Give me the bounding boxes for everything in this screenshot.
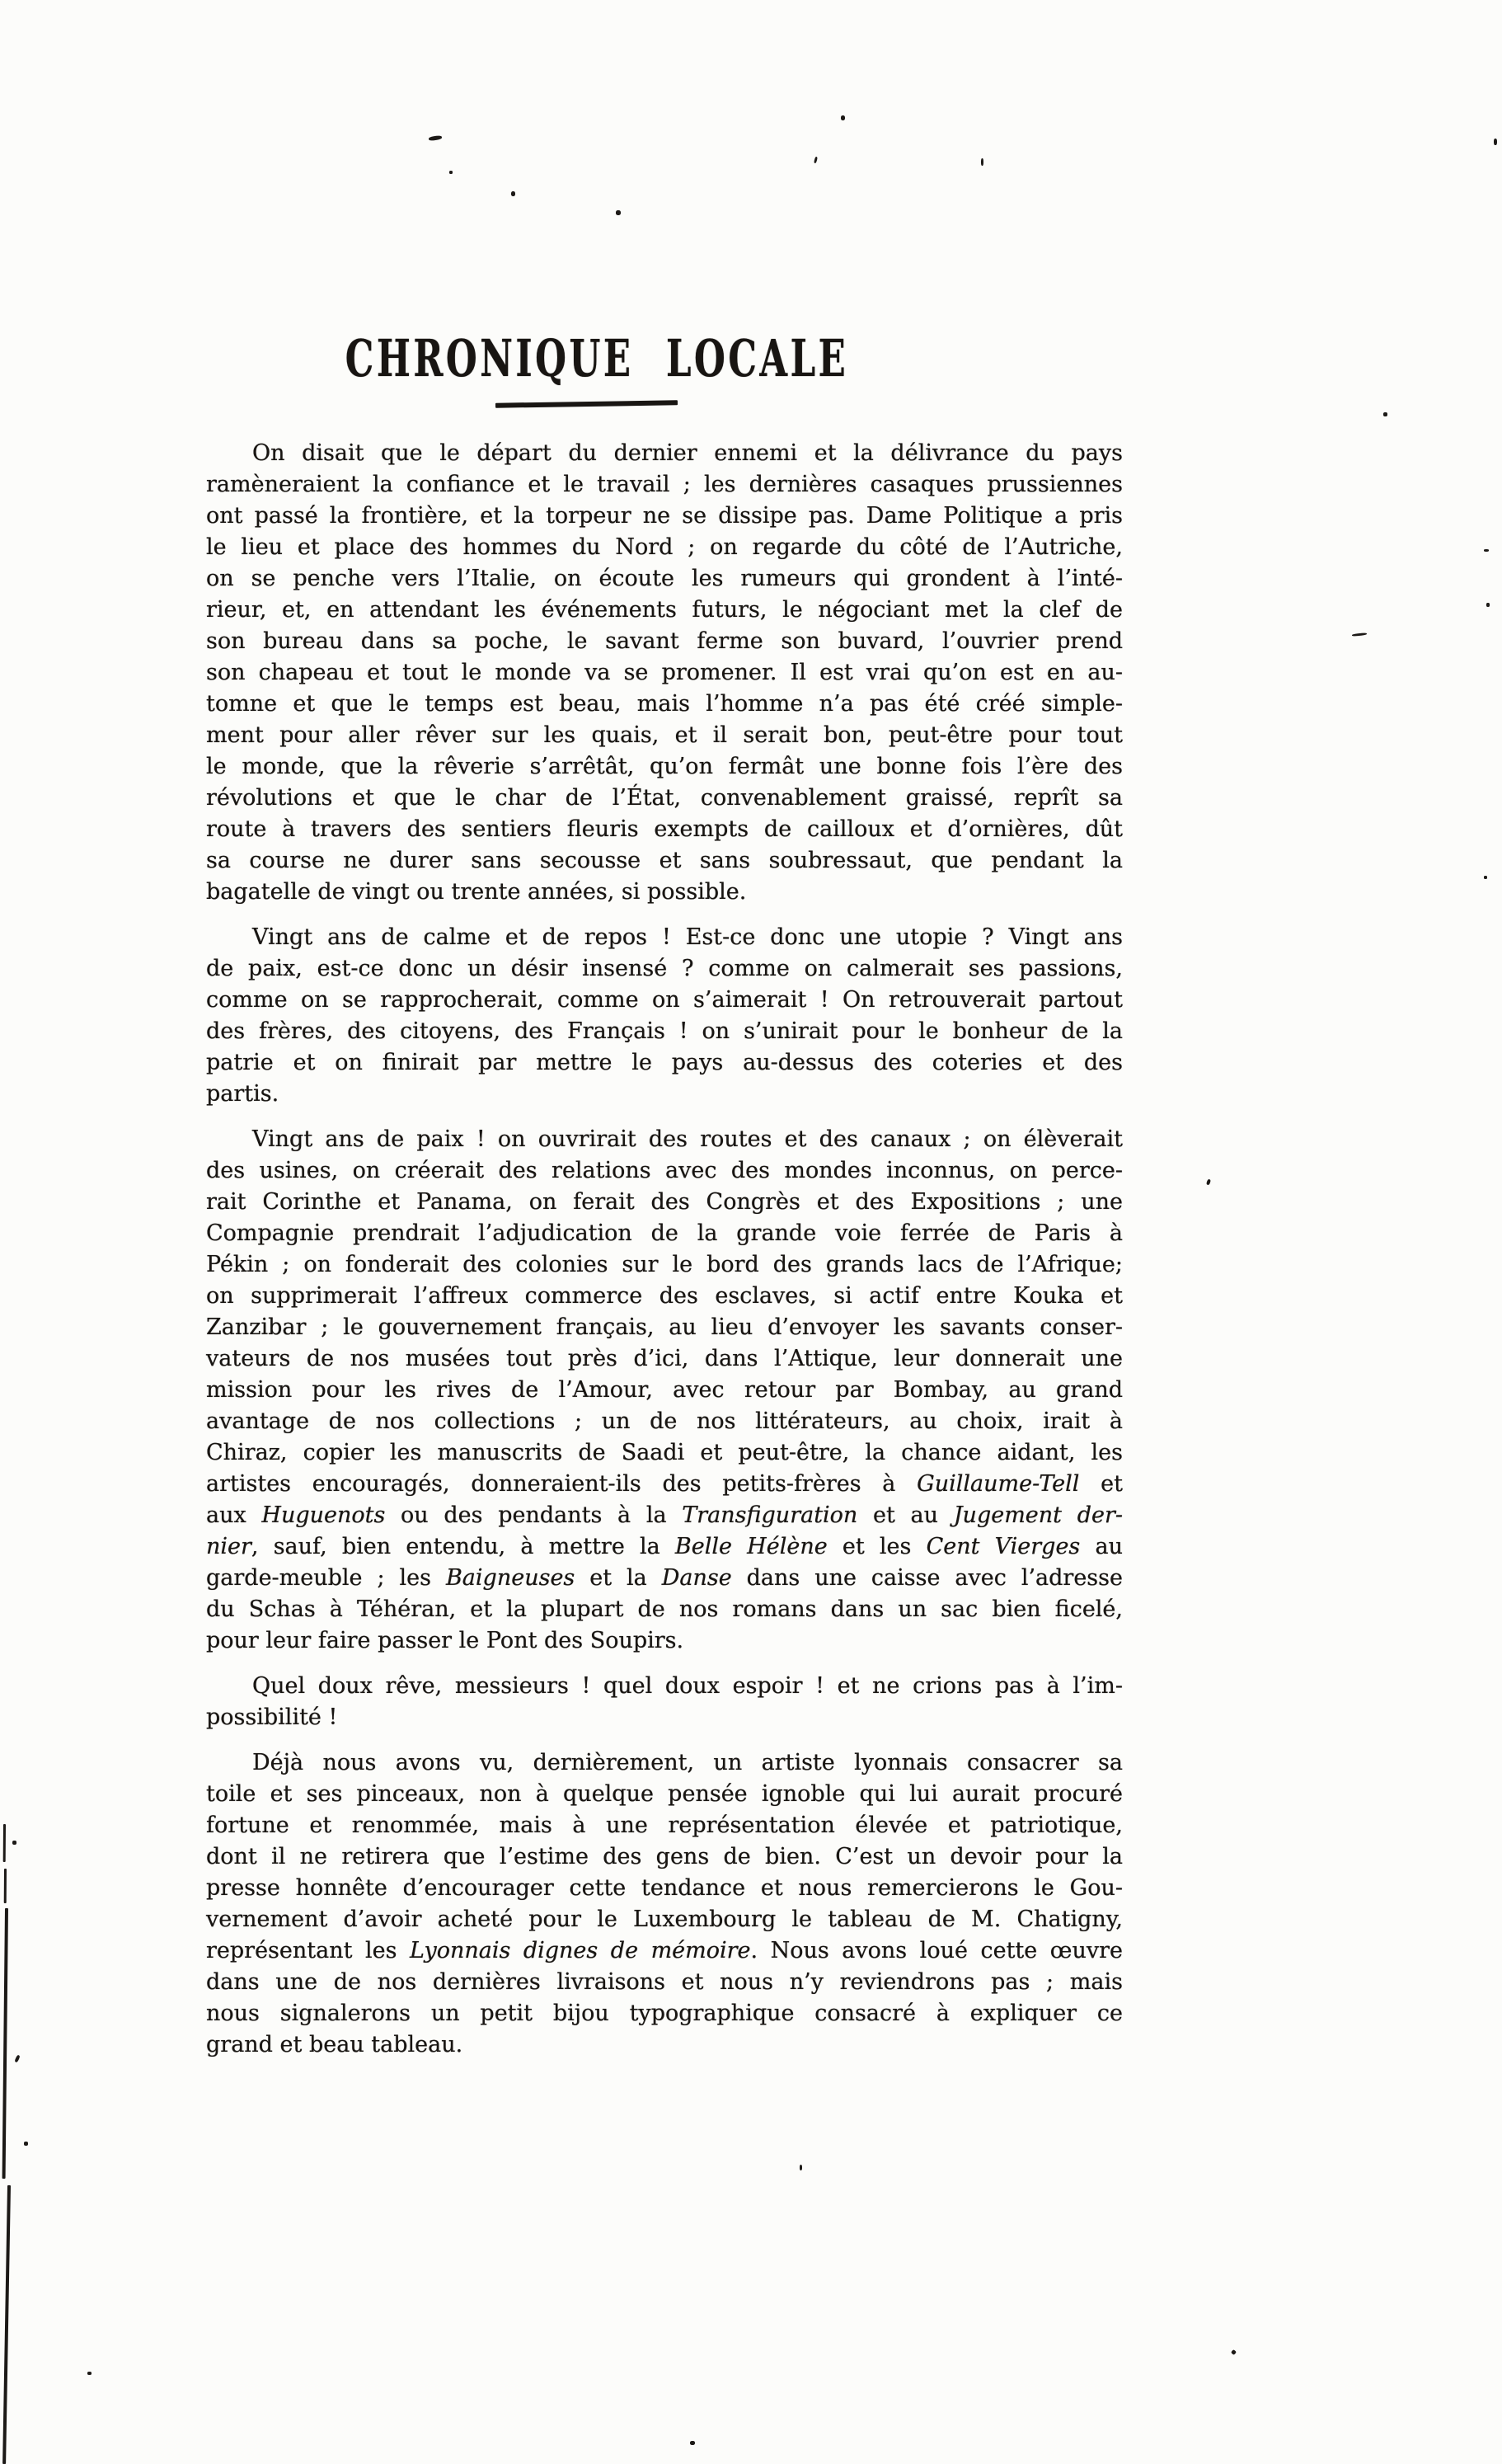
text-line: presse honnête d’encourager cette tendan… — [206, 1873, 1123, 1904]
text-line: des frères, des citoyens, des Français !… — [206, 1016, 1123, 1047]
scan-speck — [87, 2372, 92, 2375]
text-line: son chapeau et tout le monde va se prome… — [206, 657, 1123, 689]
scan-speck — [14, 2055, 20, 2063]
text-line: toile et ses pinceaux, non à quelque pen… — [206, 1779, 1123, 1810]
text-line: comme on se rapprocherait, comme on s’ai… — [206, 985, 1123, 1016]
text-line: route à travers des sentiers fleuris exe… — [206, 814, 1123, 845]
scan-speck — [814, 157, 818, 164]
text-line: de paix, est-ce donc un désir insensé ? … — [206, 953, 1123, 985]
scan-edge-artifact — [3, 1824, 6, 1862]
text-line: possibilité ! — [206, 1702, 1123, 1733]
scan-speck — [690, 2441, 695, 2445]
scan-speck — [511, 191, 515, 196]
text-line: Pékin ; on fonderait des colonies sur le… — [206, 1249, 1123, 1281]
scan-speck — [800, 2165, 802, 2170]
scan-edge-artifact — [4, 1869, 7, 1903]
paragraph: On disait que le départ du dernier ennem… — [206, 438, 1123, 908]
text-line: On disait que le départ du dernier ennem… — [206, 438, 1123, 469]
text-line: ramèneraient la confiance et le travail … — [206, 469, 1123, 501]
text-line: du Schas à Téhéran, et la plupart de nos… — [206, 1594, 1123, 1625]
scan-speck — [12, 1841, 16, 1845]
text-line: des usines, on créerait des relations av… — [206, 1155, 1123, 1187]
text-line: fortune et renommée, mais à une représen… — [206, 1810, 1123, 1841]
text-line: patrie et on finirait par mettre le pays… — [206, 1047, 1123, 1079]
text-line: le lieu et place des hommes du Nord ; on… — [206, 532, 1123, 563]
scan-speck — [1484, 876, 1487, 879]
text-line: rait Corinthe et Panama, on ferait des C… — [206, 1187, 1123, 1218]
scan-speck — [1494, 139, 1497, 145]
scan-speck — [24, 2142, 28, 2146]
scan-speck — [1484, 549, 1489, 552]
scan-speck — [1383, 412, 1387, 416]
text-line: le monde, que la rêverie s’arrêtât, qu’o… — [206, 751, 1123, 783]
text-line: vateurs de nos musées tout près d’ici, d… — [206, 1343, 1123, 1375]
text-line: pour leur faire passer le Pont des Soupi… — [206, 1625, 1123, 1657]
article-header: CHRONIQUE LOCALE — [138, 333, 1055, 384]
article-body: On disait que le départ du dernier ennem… — [206, 438, 1123, 2075]
text-line: artistes encouragés, donneraient-ils des… — [206, 1469, 1123, 1500]
text-line: Zanzibar ; le gouvernement français, au … — [206, 1312, 1123, 1343]
text-line: mission pour les rives de l’Amour, avec … — [206, 1375, 1123, 1406]
text-line: représentant les Lyonnais dignes de mémo… — [206, 1935, 1123, 1967]
paragraph: Vingt ans de paix ! on ouvrirait des rou… — [206, 1124, 1123, 1657]
text-line: dont il ne retirera que l’estime des gen… — [206, 1841, 1123, 1873]
scanned-page: CHRONIQUE LOCALE On disait que le départ… — [0, 0, 1502, 2464]
text-line: Déjà nous avons vu, dernièrement, un art… — [206, 1747, 1123, 1779]
text-line: son bureau dans sa poche, le savant ferm… — [206, 626, 1123, 657]
text-line: on supprimerait l’affreux commerce des e… — [206, 1281, 1123, 1312]
text-line: grand et beau tableau. — [206, 2029, 1123, 2061]
paragraph: Quel doux rêve, messieurs ! quel doux es… — [206, 1671, 1123, 1733]
text-line: nier, sauf, bien entendu, à mettre la Be… — [206, 1531, 1123, 1563]
scan-edge-artifact — [2, 2185, 11, 2464]
text-line: révolutions et que le char de l’État, co… — [206, 783, 1123, 814]
text-line: on se penche vers l’Italie, on écoute le… — [206, 563, 1123, 595]
page-title: CHRONIQUE LOCALE — [345, 333, 848, 384]
text-line: Compagnie prendrait l’adjudication de la… — [206, 1218, 1123, 1249]
text-line: garde-meuble ; les Baigneuses et la Dans… — [206, 1563, 1123, 1594]
scan-speck — [429, 135, 443, 141]
scan-speck — [841, 115, 845, 120]
paragraph: Déjà nous avons vu, dernièrement, un art… — [206, 1747, 1123, 2061]
text-line: tomne et que le temps est beau, mais l’h… — [206, 689, 1123, 720]
text-line: avantage de nos collections ; un de nos … — [206, 1406, 1123, 1437]
paragraph: Vingt ans de calme et de repos ! Est-ce … — [206, 922, 1123, 1110]
scan-speck — [616, 210, 621, 215]
text-line: partis. — [206, 1079, 1123, 1110]
scan-speck — [1231, 2349, 1237, 2355]
scan-speck — [1206, 1179, 1211, 1186]
scan-speck — [1486, 603, 1490, 607]
text-line: nous signalerons un petit bijou typograp… — [206, 1998, 1123, 2029]
text-line: Vingt ans de paix ! on ouvrirait des rou… — [206, 1124, 1123, 1155]
text-line: dans une de nos dernières livraisons et … — [206, 1967, 1123, 1998]
text-line: Chiraz, copier les manuscrits de Saadi e… — [206, 1437, 1123, 1469]
text-line: sa course ne durer sans secousse et sans… — [206, 845, 1123, 877]
text-line: rieur, et, en attendant les événements f… — [206, 595, 1123, 626]
text-line: vernement d’avoir acheté pour le Luxembo… — [206, 1904, 1123, 1935]
text-line: aux Huguenots ou des pendants à la Trans… — [206, 1500, 1123, 1531]
text-line: bagatelle de vingt ou trente années, si … — [206, 877, 1123, 908]
scan-speck — [449, 171, 453, 174]
scan-speck — [1352, 632, 1367, 637]
scan-speck — [981, 158, 983, 166]
text-line: ment pour aller rêver sur les quais, et … — [206, 720, 1123, 751]
title-rule — [495, 400, 678, 407]
text-line: ont passé la frontière, et la torpeur ne… — [206, 501, 1123, 532]
text-line: Vingt ans de calme et de repos ! Est-ce … — [206, 922, 1123, 953]
text-line: Quel doux rêve, messieurs ! quel doux es… — [206, 1671, 1123, 1702]
scan-edge-artifact — [2, 1908, 8, 2179]
